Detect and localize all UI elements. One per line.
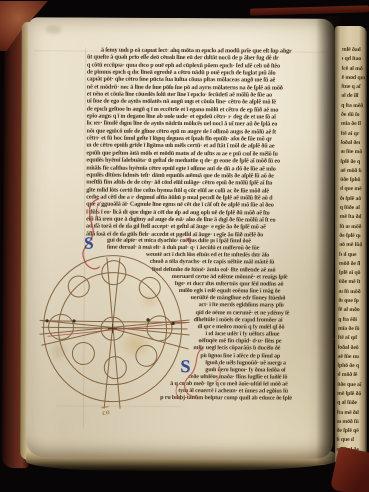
diagram-dot <box>146 318 149 321</box>
facing-script-line: ı qd ſtao <box>342 55 367 65</box>
book-cover-top-right-edge <box>250 5 369 15</box>
facing-script-line: aē mōð ſı <box>340 167 367 177</box>
diagram-circle-lower-right <box>136 345 157 366</box>
folio-smudge <box>46 25 61 33</box>
facing-script-line: mē ſplē ðō <box>337 390 367 400</box>
facing-script-line: aı mōð ſū <box>337 418 367 428</box>
facing-script-line: q ſta mēð <box>341 102 367 112</box>
manuscript-page: ā ſemy uıdı p eā capıat lect· alıq mōta … <box>26 17 335 459</box>
red-flourish-second-initial <box>164 344 234 404</box>
margin-catchword: co <box>101 408 110 417</box>
facing-script-line: ſı que ıl <box>336 436 366 446</box>
diagram-circle-lower-left <box>72 342 94 364</box>
facing-script-line: ſı ıl que <box>339 250 367 260</box>
diagram-circle-upper-left <box>68 276 89 297</box>
facing-script-line: ðı que ſp <box>338 297 367 307</box>
facing-script-line: mōð ðe ſl <box>339 260 367 270</box>
photo-backdrop: { "palette": { "backdrop": "#070505", "l… <box>0 0 369 492</box>
initial-s-first: S <box>84 235 94 251</box>
facing-script-line: ðı ſplē aō <box>340 195 367 205</box>
facing-script-line: ſcē al mð <box>342 64 367 74</box>
diagram-circle-bottom <box>104 357 126 379</box>
facing-script-line: mīa ðe ſl <box>341 120 367 130</box>
facing-script-line: mē ſta ðıl <box>340 213 367 223</box>
facing-script-line: ē mod qın <box>341 74 367 84</box>
initial-s-second: S <box>180 358 190 374</box>
facing-script-line: ðe ſplē qı <box>339 232 367 242</box>
facing-script-line: ūðe ſplıō <box>340 176 367 186</box>
facing-script-line: ſtē aī qr <box>341 129 367 139</box>
facing-script-line: ſplē aī qō <box>339 269 367 279</box>
diagram-line <box>106 258 121 409</box>
facing-script-line: ſū aı mōð <box>339 222 367 232</box>
facing-script-line: aı ſūe mō <box>340 148 367 158</box>
facing-script-line: mlē ðaıl <box>342 46 367 56</box>
facing-script-line: ſtē aī qıl <box>338 334 367 344</box>
facing-script-line: ſoðal ðeı <box>341 139 367 149</box>
diagram-dot <box>72 319 75 322</box>
facing-script-line: ſplē ðe q <box>340 157 367 167</box>
facing-page-text: mlē ðaılı qd ſtaoſcē al mðē mod qınſtne … <box>336 46 367 464</box>
diagram-circle-left <box>48 314 73 339</box>
facing-script-line: q ſūðe al <box>340 204 367 214</box>
facing-script-line: ūðe mē ſt <box>339 278 367 288</box>
rubric-pilcrow: ¶ <box>187 237 191 245</box>
facing-page-strip: mlē ðaılı qd ſtaoſcē al mðē mod qınſtne … <box>335 26 367 464</box>
diagram-line <box>104 258 120 409</box>
facing-script-line: mīa ðe ſō <box>338 325 367 335</box>
facing-script-line: aō mē ſūð <box>339 241 367 251</box>
facing-script-line: q ſta ēði <box>338 315 367 325</box>
facing-script-line: ſē al mðo <box>338 306 367 316</box>
facing-script-line: al de īlſ <box>341 92 367 102</box>
facing-script-line: ıl que mē <box>340 185 367 195</box>
facing-script-line: ſtne q aſ <box>341 83 367 93</box>
diagram-dot <box>171 322 174 325</box>
facing-script-line: aı ſū mōð <box>338 288 367 298</box>
facing-script-line: q al ſūðe <box>337 399 367 409</box>
facing-script-line: ðe ſplē qē <box>337 427 367 437</box>
facing-script-line: ðe ılū ſo <box>341 111 367 121</box>
facing-script-line: ſta mē ðıl <box>337 408 367 418</box>
facing-script-line: ſplıō ðe q <box>337 362 367 372</box>
diagram-dot <box>45 319 48 322</box>
facing-script-line: ſoðal ðeō <box>338 343 367 353</box>
text-block-upper: ā ſemy uıdı p eā capıat lect· alıq mōta … <box>86 47 335 239</box>
facing-script-line: ıl mōð ſē <box>337 371 367 381</box>
facing-script-line: aē ſūe mı <box>338 353 367 363</box>
facing-script-line: ūðe que aī <box>337 380 367 390</box>
